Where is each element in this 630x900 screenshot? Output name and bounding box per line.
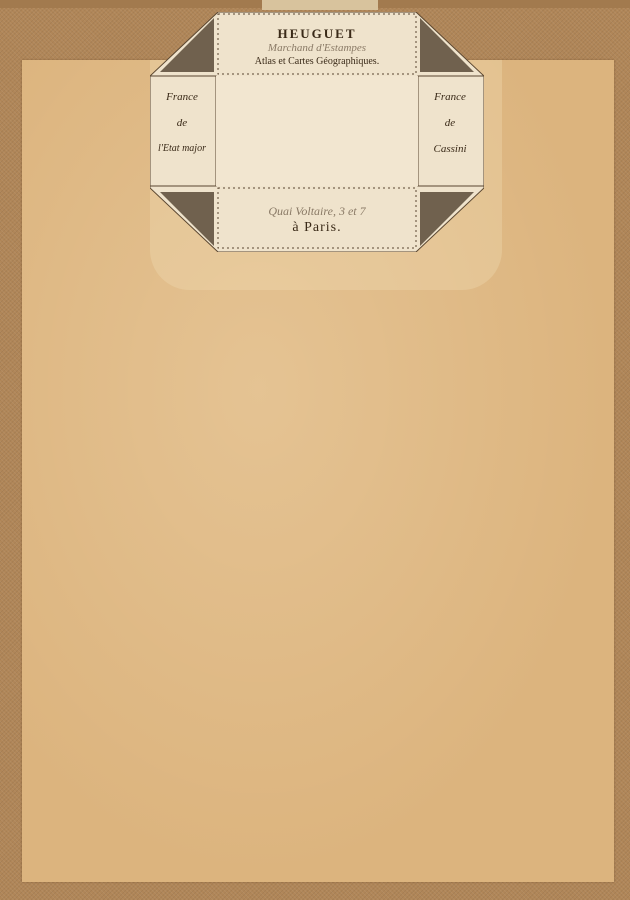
label-city: à Paris.: [220, 220, 414, 236]
paper-tab: [262, 0, 378, 10]
right-panel: France de Cassini: [420, 84, 480, 162]
left-panel: France de l'Etat major: [152, 84, 212, 162]
label-title: HEUGUET: [220, 26, 414, 42]
label-address: Quai Voltaire, 3 et 7: [220, 204, 414, 219]
map-seller-label: HEUGUET Marchand d'Estampes Atlas et Car…: [150, 12, 484, 252]
label-subtitle: Marchand d'Estampes: [220, 42, 414, 54]
label-atlas-line: Atlas et Cartes Géographiques.: [220, 56, 414, 67]
